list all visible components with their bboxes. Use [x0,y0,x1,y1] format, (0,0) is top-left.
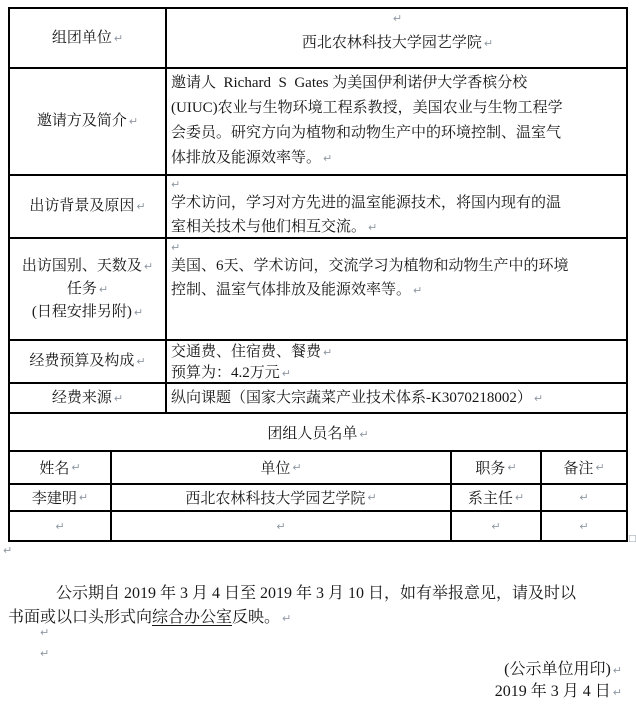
label-country-line1: 出访国别、天数及 [22,258,142,274]
label-text: 组团单位↵ [52,27,123,50]
table-end-square-mark: □ [628,534,636,544]
person-name-cell: 李建明↵ [10,485,112,510]
label-inviter-intro: 邀请方及简介↵ [10,69,167,174]
pilcrow-mark: ↵ [595,461,604,474]
person-title-text: 系主任 [468,487,513,508]
row-organizing-unit: 组团单位↵ ↵ 西北农林科技大学园艺学院↵ [10,9,626,69]
header-name: 姓名↵ [10,452,112,483]
visit-task-line: 控制、温室气体排放及能源效率等。↵ [171,278,624,303]
pilcrow-mark: ↵ [534,392,543,405]
pilcrow-mark: ↵ [40,626,49,639]
value-funding-source: 纵向课题（国家大宗蔬菜产业技术体系-K3070218002）↵ [167,384,626,412]
pilcrow-mark: ↵ [3,544,12,557]
person-unit-cell: 西北农林科技大学园艺学院↵ [112,485,452,510]
label-text: 经费预算及构成↵ [29,350,145,373]
person-remark-cell: ↵ [542,485,626,510]
person-name-cell: ↵ [10,512,112,540]
row-visit-country-days-task: 出访国别、天数及↵ 任务↵ (日程安排另附)↵ ↵ 美国、6天、学术访问，交流学… [10,239,626,341]
notice-office-underlined: 综合办公室 [152,609,232,626]
pilcrow-mark: ↵ [507,461,516,474]
pilcrow-mark: ↵ [55,520,64,533]
budget-items-text: 交通费、住宿费、餐费 [171,344,321,360]
pilcrow-mark: ↵ [136,355,145,368]
value-organizing-unit: ↵ 西北农林科技大学园艺学院↵ [167,9,626,67]
visit-background-line: 学术访问，学习对方先进的温室能源技术，将国内现有的温 [171,191,624,215]
visit-background-text: 室相关技术与他们相互交流。 [171,219,366,235]
header-name-text: 姓名 [39,457,69,478]
organizing-unit-value: 西北农林科技大学园艺学院↵ [171,31,624,56]
label-line: (日程安排另附)↵ [32,301,143,324]
roster-title: 团组人员名单↵ [267,422,368,443]
inviter-intro-line: 邀请人 Richard S Gates 为美国伊利诺伊大学香槟分校 [171,71,624,96]
empty-paragraph: ↵ [171,178,624,191]
pilcrow-mark: ↵ [134,306,143,319]
table-row-person-empty: ↵ ↵ ↵ ↵ [10,512,626,540]
row-personnel-header: 姓名↵ 单位↵ 职务↵ 备注↵ [10,452,626,485]
pilcrow-mark: ↵ [368,221,377,234]
person-title-cell: ↵ [452,512,542,540]
budget-line: 预算为：4.2万元↵ [171,363,624,382]
label-text: 邀请方及简介↵ [37,110,138,133]
header-unit: 单位↵ [112,452,452,483]
pilcrow-mark: ↵ [323,152,332,165]
pilcrow-mark: ↵ [613,664,622,677]
label-inviter-intro-text: 邀请方及简介 [37,113,127,129]
date-line: 2019 年 3 月 4 日↵ [8,681,622,703]
label-country-line3: (日程安排另附) [32,304,132,320]
visit-task-line: 美国、6天、学术访问，交流学习为植物和动物生产中的环境 [171,254,624,278]
budget-amount-text: 预算为：4.2万元 [171,365,280,381]
inviter-intro-line: (UIUC)农业与生物环境工程系教授，美国农业与生物工程学 [171,96,624,121]
pilcrow-mark: ↵ [491,520,500,533]
pilcrow-mark: ↵ [99,283,108,296]
person-name-text: 李建明 [32,487,77,508]
funding-source-text: 纵向课题（国家大宗蔬菜产业技术体系-K3070218002） [171,390,532,406]
value-inviter-intro: 邀请人 Richard S Gates 为美国伊利诺伊大学香槟分校 (UIUC)… [167,69,626,174]
pilcrow-mark: ↵ [367,491,376,504]
visit-publicity-table: 组团单位↵ ↵ 西北农林科技大学园艺学院↵ 邀请方及简介↵ 邀请人 Richar… [8,7,628,542]
row-budget: 经费预算及构成↵ 交通费、住宿费、餐费↵ 预算为：4.2万元↵ [10,341,626,384]
person-title-cell: 系主任↵ [452,485,542,510]
visit-background-line: 室相关技术与他们相互交流。↵ [171,215,624,237]
pilcrow-mark: ↵ [171,241,180,254]
roster-title-text: 团组人员名单 [267,426,357,442]
person-remark-cell: ↵ [542,512,626,540]
pilcrow-mark: ↵ [136,200,145,213]
pilcrow-mark: ↵ [276,520,285,533]
label-budget: 经费预算及构成↵ [10,341,167,382]
pilcrow-mark: ↵ [292,461,301,474]
notice-line2: 书面或以口头形式向综合办公室反映。↵ [8,606,630,631]
pilcrow-mark: ↵ [114,32,123,45]
label-organizing-unit-text: 组团单位 [52,30,112,46]
inviter-intro-line: 会委员。研究方向为植物和动物生产中的环境控制、温室气 [171,121,624,146]
label-organizing-unit: 组团单位↵ [10,9,167,67]
label-visit-background: 出访背景及原因↵ [10,176,167,237]
label-funding-source-text: 经费来源 [52,390,112,406]
inviter-intro-text: 体排放及能源效率等。 [171,150,321,166]
funding-source-line: 纵向课题（国家大宗蔬菜产业技术体系-K3070218002）↵ [171,386,543,411]
label-text: 出访背景及原因↵ [29,195,145,218]
person-unit-text: 西北农林科技大学园艺学院 [185,487,365,508]
value-visit-background: ↵ 学术访问，学习对方先进的温室能源技术，将国内现有的温 室相关技术与他们相互交… [167,176,626,237]
pilcrow-mark: ↵ [71,461,80,474]
row-visit-background: 出访背景及原因↵ ↵ 学术访问，学习对方先进的温室能源技术，将国内现有的温 室相… [10,176,626,239]
label-line: 任务↵ [67,278,108,301]
row-funding-source: 经费来源↵ 纵向课题（国家大宗蔬菜产业技术体系-K3070218002）↵ [10,384,626,414]
value-visit-country-days-task: ↵ 美国、6天、学术访问，交流学习为植物和动物生产中的环境 控制、温室气体排放及… [167,239,626,339]
person-unit-cell: ↵ [112,512,452,540]
pilcrow-mark: ↵ [282,367,291,380]
notice-line1: 公示期自 2019 年 3 月 4 日至 2019 年 3 月 10 日，如有举… [8,582,630,606]
seal-line-text: (公示单位用印) [504,661,611,678]
visit-task-text: 控制、温室气体排放及能源效率等。 [171,282,411,298]
header-title: 职务↵ [452,452,542,483]
date-line-text: 2019 年 3 月 4 日 [495,683,611,700]
pilcrow-mark: ↵ [579,491,588,504]
pilcrow-mark: ↵ [515,491,524,504]
value-budget: 交通费、住宿费、餐费↵ 预算为：4.2万元↵ [167,341,626,382]
pilcrow-mark: ↵ [114,392,123,405]
pilcrow-mark: ↵ [323,346,332,359]
label-budget-text: 经费预算及构成 [29,353,134,369]
notice-line2-post: 反映。 [232,609,280,626]
pilcrow-mark: ↵ [579,520,588,533]
header-remark: 备注↵ [542,452,626,483]
row-inviter-intro: 邀请方及简介↵ 邀请人 Richard S Gates 为美国伊利诺伊大学香槟分… [10,69,626,176]
pilcrow-mark: ↵ [79,491,88,504]
pilcrow-mark: ↵ [413,284,422,297]
pilcrow-mark: ↵ [393,12,402,25]
pilcrow-mark: ↵ [144,260,153,273]
label-text: 经费来源↵ [52,387,123,410]
label-funding-source: 经费来源↵ [10,384,167,412]
pilcrow-mark: ↵ [129,115,138,128]
row-roster-title: 团组人员名单↵ [10,414,626,452]
pilcrow-mark: ↵ [613,686,622,699]
label-country-line2: 任务 [67,281,97,297]
pilcrow-mark: ↵ [282,612,291,625]
signature-block: (公示单位用印)↵ 2019 年 3 月 4 日↵ [8,659,622,703]
inviter-intro-line: 体排放及能源效率等。↵ [171,146,624,171]
pilcrow-mark: ↵ [359,428,368,441]
empty-paragraph: ↵ [171,241,624,254]
header-remark-text: 备注 [563,457,593,478]
header-title-text: 职务 [475,457,505,478]
label-visit-background-text: 出访背景及原因 [29,198,134,214]
public-notice-paragraph: 公示期自 2019 年 3 月 4 日至 2019 年 3 月 10 日，如有举… [8,582,630,631]
budget-line: 交通费、住宿费、餐费↵ [171,342,624,363]
empty-paragraph: ↵ [171,11,624,28]
pilcrow-mark: ↵ [171,178,180,191]
header-unit-text: 单位 [260,457,290,478]
notice-line2-pre: 书面或以口头形式向 [8,609,152,626]
seal-line: (公示单位用印)↵ [8,659,622,681]
label-visit-country-days-task: 出访国别、天数及↵ 任务↵ (日程安排另附)↵ [10,239,167,339]
pilcrow-mark: ↵ [484,37,493,50]
organizing-unit-text: 西北农林科技大学园艺学院 [302,35,482,51]
label-line: 出访国别、天数及↵ [22,255,153,278]
table-row-person: 李建明↵ 西北农林科技大学园艺学院↵ 系主任↵ ↵ [10,485,626,512]
